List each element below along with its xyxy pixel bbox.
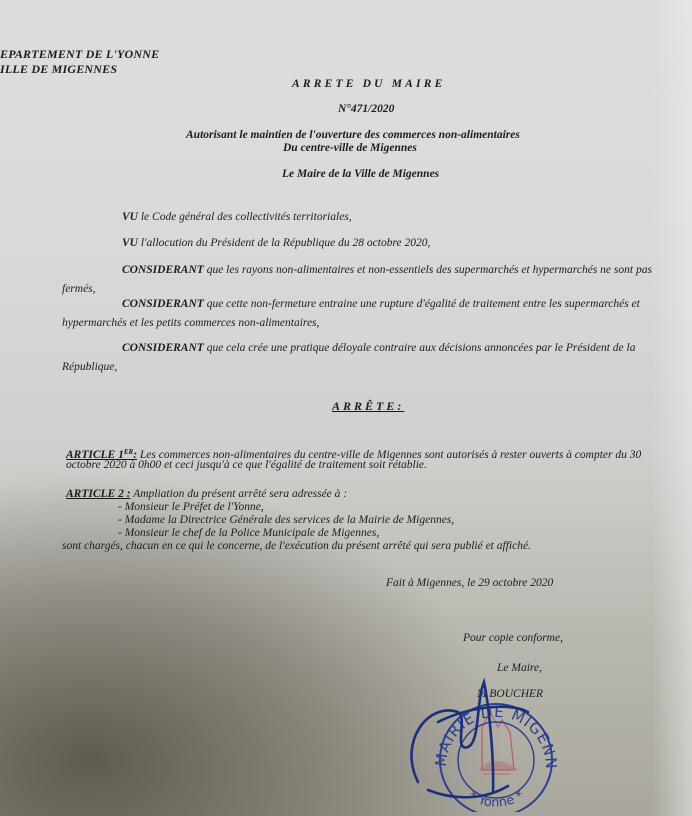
recipient-item: - Madame la Directrice Générale des serv…	[118, 514, 454, 527]
vu-text: le Code général des collectivités territ…	[138, 211, 352, 223]
article-2-label: ARTICLE 2 :	[66, 488, 131, 500]
header-department: EPARTEMENT DE L'YONNE	[0, 48, 159, 61]
header-town: ILLE DE MIGENNES	[0, 63, 117, 76]
recipient-item: - Monsieur le chef de la Police Municipa…	[118, 527, 379, 540]
document-number: N°471/2020	[338, 103, 394, 116]
considerant-2-line2: hypermarchés et les petits commerces non…	[62, 317, 319, 330]
paper-shading	[652, 0, 692, 816]
place-and-date: Fait à Migennes, le 29 octobre 2020	[386, 577, 553, 590]
certified-copy: Pour copie conforme,	[463, 632, 563, 645]
considerant-lead: CONSIDERANT	[122, 264, 204, 276]
article-2-text: Ampliation du présent arrêté sera adress…	[131, 488, 348, 500]
recipient-item: - Monsieur le Préfet de l'Yonne,	[118, 501, 264, 514]
considerant-3-line1: CONSIDERANT que cela crée une pratique d…	[122, 342, 635, 355]
article-2-closing: sont chargés, chacun en ce qui le concer…	[62, 540, 531, 553]
considerant-1-line2: fermés,	[62, 283, 96, 296]
document-subtitle-line2: Du centre-ville de Migennes	[283, 142, 417, 155]
document-subtitle-line1: Autorisant le maintien de l'ouverture de…	[186, 129, 520, 142]
considerant-lead: CONSIDERANT	[122, 342, 204, 354]
article-2-intro: ARTICLE 2 : Ampliation du présent arrêté…	[66, 488, 347, 501]
article-1-line2: octobre 2020 à 0h00 et ceci jusqu'à ce q…	[66, 459, 427, 472]
considerant-text: que cette non-fermeture entraine une rup…	[204, 298, 640, 310]
considerant-1-line1: CONSIDERANT que les rayons non-alimentai…	[122, 264, 652, 277]
considerant-text: que cela crée une pratique déloyale cont…	[204, 342, 636, 354]
document-title: ARRETE DU MAIRE	[292, 78, 445, 91]
official-stamp-icon: MAIRIE DE MIGENNES * Yonne *	[398, 672, 568, 812]
svg-text:MAIRIE DE MIGENNES: MAIRIE DE MIGENNES	[398, 672, 560, 770]
vu-lead: VU	[122, 237, 138, 249]
document-photo: EPARTEMENT DE L'YONNE ILLE DE MIGENNES A…	[0, 0, 692, 816]
considerant-lead: CONSIDERANT	[122, 298, 204, 310]
considerant-text: que les rayons non-alimentaires et non-e…	[204, 264, 652, 276]
vu-lead: VU	[122, 211, 138, 223]
vu-clause-1: VU le Code général des collectivités ter…	[122, 211, 352, 224]
considerant-3-line2: République,	[62, 361, 117, 374]
document-authority: Le Maire de la Ville de Migennes	[282, 168, 439, 181]
vu-clause-2: VU l'allocution du Président de la Répub…	[122, 237, 430, 250]
decision-heading: ARRÊTE:	[332, 400, 404, 413]
vu-text: l'allocution du Président de la Républiq…	[138, 237, 430, 249]
considerant-2-line1: CONSIDERANT que cette non-fermeture entr…	[122, 298, 640, 311]
